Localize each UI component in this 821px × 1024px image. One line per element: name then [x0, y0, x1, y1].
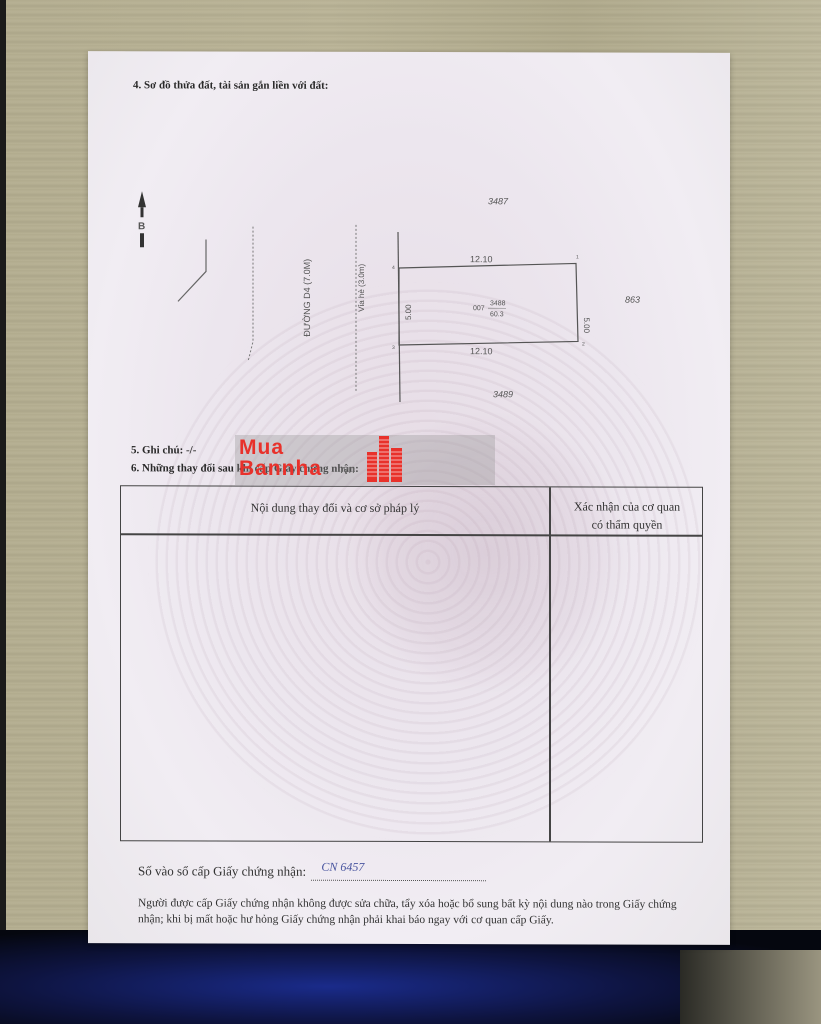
table-column-divider [549, 487, 551, 841]
parcel-diagram: B ĐƯỜNG D4 (7.0M) Vỉa hè (3.0m) 12.10 12… [128, 131, 688, 432]
dimension-left: 5.00 [404, 304, 413, 320]
certificate-page: 4. Sơ đồ thửa đất, tài sản gắn liền với … [88, 51, 730, 945]
header-change-content: Nội dung thay đổi và cơ sở pháp lý [121, 500, 549, 516]
watermark-suffix: .vn [340, 464, 355, 476]
dimension-right: 5.00 [582, 317, 591, 333]
parcel-boundary [399, 263, 578, 345]
certificate-notice: Người được cấp Giấy chứng nhận không đượ… [138, 895, 698, 928]
registration-label: Số vào sổ cấp Giấy chứng nhận: [138, 863, 306, 878]
registration-value: CN 6457 [321, 860, 364, 875]
parcel-number: 3488 [490, 300, 506, 307]
north-arrow-icon: B [138, 191, 146, 247]
building-logo-icon [365, 436, 405, 482]
neighbor-top: 3487 [488, 196, 509, 206]
header-authority-confirmation: Xác nhận của cơ quan có thẩm quyền [551, 497, 703, 533]
neighbor-bottom: 3489 [493, 389, 513, 399]
site-watermark: Mua Bannha .vn [235, 435, 495, 485]
corner-3: 3 [392, 345, 395, 351]
road-label: ĐƯỜNG D4 (7.0M) [302, 259, 312, 337]
road-center-line [248, 227, 253, 362]
parcel-sheet: 007 [473, 305, 485, 312]
section-4-title: 4. Sơ đồ thửa đất, tài sản gắn liền với … [133, 79, 328, 92]
parcel-sketch: B ĐƯỜNG D4 (7.0M) Vỉa hè (3.0m) 12.10 12… [128, 131, 688, 432]
table-header-divider [121, 533, 702, 536]
section-5-notes: 5. Ghi chú: -/- [131, 444, 196, 456]
dimension-top: 12.10 [470, 254, 493, 264]
watermark-line2: Bannha [239, 458, 322, 479]
watermark-line1: Mua [239, 437, 322, 458]
parcel-area: 60.3 [490, 311, 504, 318]
road-boundary-line [178, 239, 206, 301]
corner-1: 1 [576, 254, 579, 260]
neighbor-right: 863 [625, 295, 640, 305]
corner-2: 2 [582, 341, 585, 347]
header-authority-line2: có thẩm quyền [551, 515, 703, 533]
image-border [0, 0, 6, 1024]
dimension-bottom: 12.10 [470, 346, 493, 356]
header-authority-line1: Xác nhận của cơ quan [551, 497, 703, 515]
sidewalk-label: Vỉa hè (3.0m) [357, 264, 366, 312]
registration-number-line: Số vào sổ cấp Giấy chứng nhận: CN 6457 [138, 863, 486, 881]
changes-table: Nội dung thay đổi và cơ sở pháp lý Xác n… [120, 485, 703, 843]
registration-dotted-field: CN 6457 [311, 864, 486, 881]
desk-edge [680, 950, 821, 1024]
corner-4: 4 [392, 265, 395, 271]
north-label: B [138, 221, 145, 232]
watermark-brand: Mua Bannha [239, 437, 322, 479]
